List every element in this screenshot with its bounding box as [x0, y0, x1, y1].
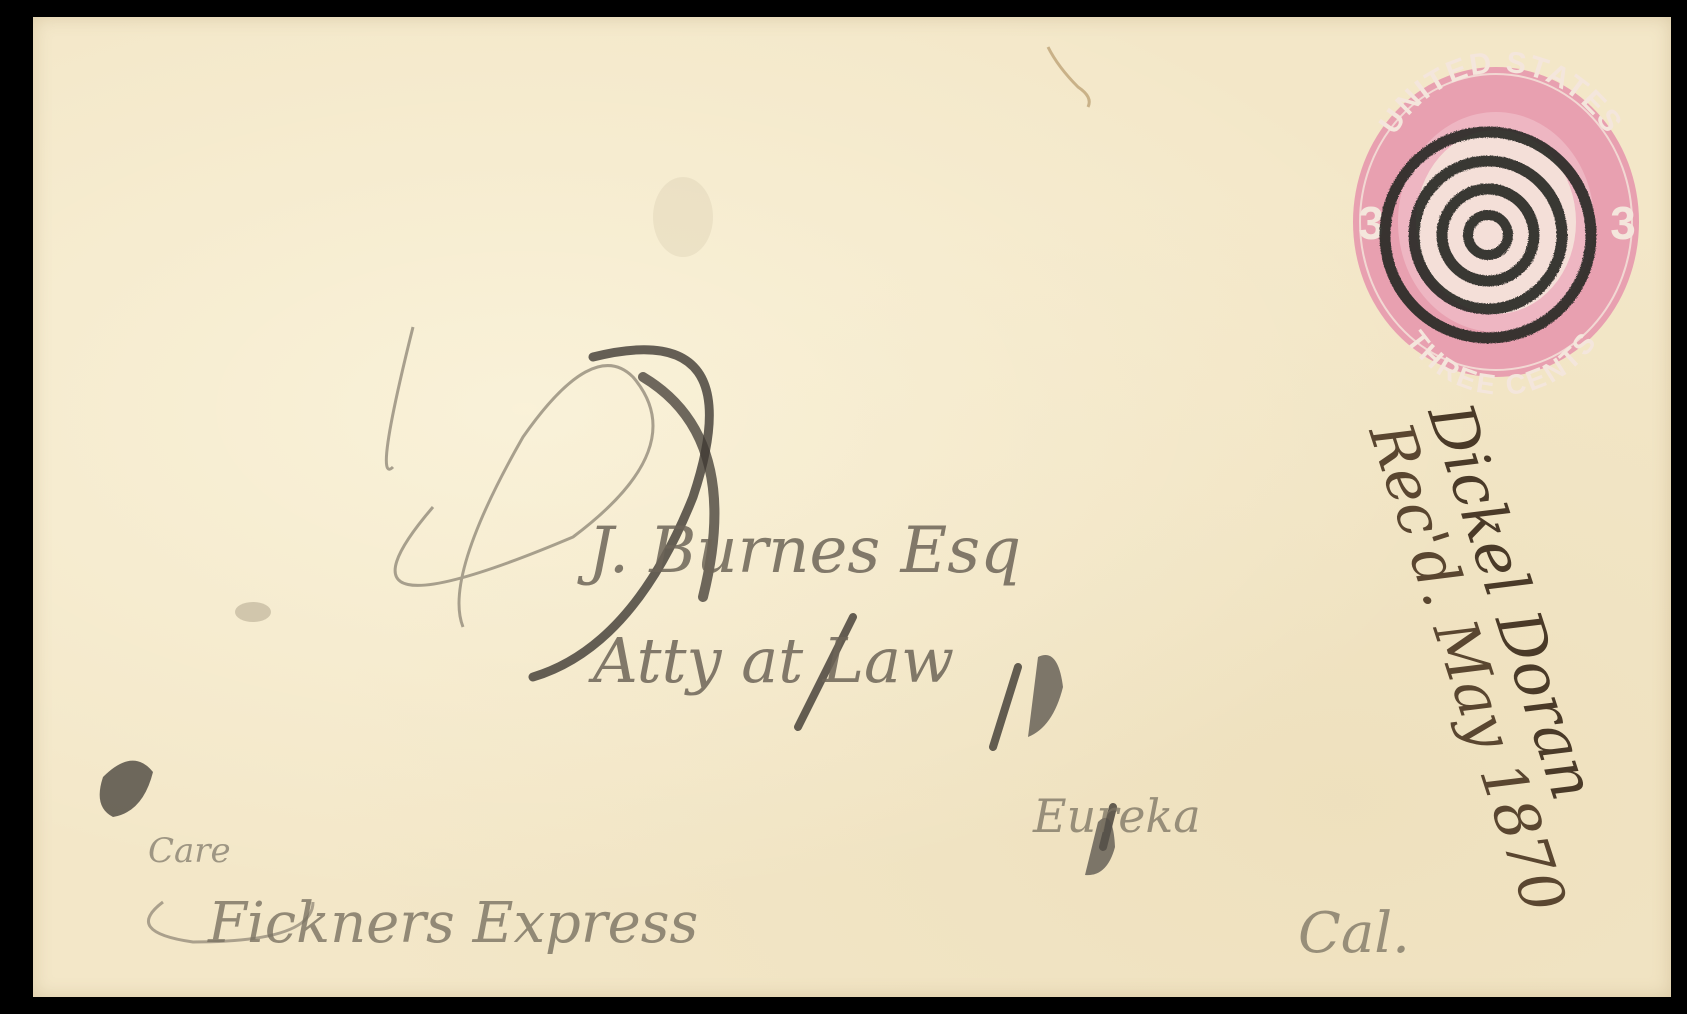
address-block: J. Burnes Esq Atty at Law Eureka Cal.: [100, 327, 1410, 966]
cover-artwork: UNITED STATES THREE CENTS 3 3 Dickel Dor…: [33, 17, 1671, 997]
address-line-4: Cal.: [1298, 901, 1410, 966]
routing-prefix: Care: [148, 831, 231, 871]
stamp-denomination-right: 3: [1610, 197, 1636, 249]
address-line-3: Eureka: [1032, 789, 1201, 843]
routing-block: Care Fickners Express: [148, 831, 698, 956]
address-line-2: Atty at Law: [588, 624, 954, 697]
routing-text: Fickners Express: [207, 891, 698, 956]
stamp-indicium: UNITED STATES THREE CENTS 3 3: [1353, 46, 1639, 401]
envelope-cover: UNITED STATES THREE CENTS 3 3 Dickel Dor…: [33, 17, 1671, 997]
address-line-1: J. Burnes Esq: [577, 514, 1021, 588]
ink-flourish-top: [1048, 47, 1089, 107]
ink-blot: [100, 761, 153, 817]
stain: [235, 602, 271, 622]
docketing: Dickel Doran Rec'd. May 1870: [1354, 393, 1640, 921]
